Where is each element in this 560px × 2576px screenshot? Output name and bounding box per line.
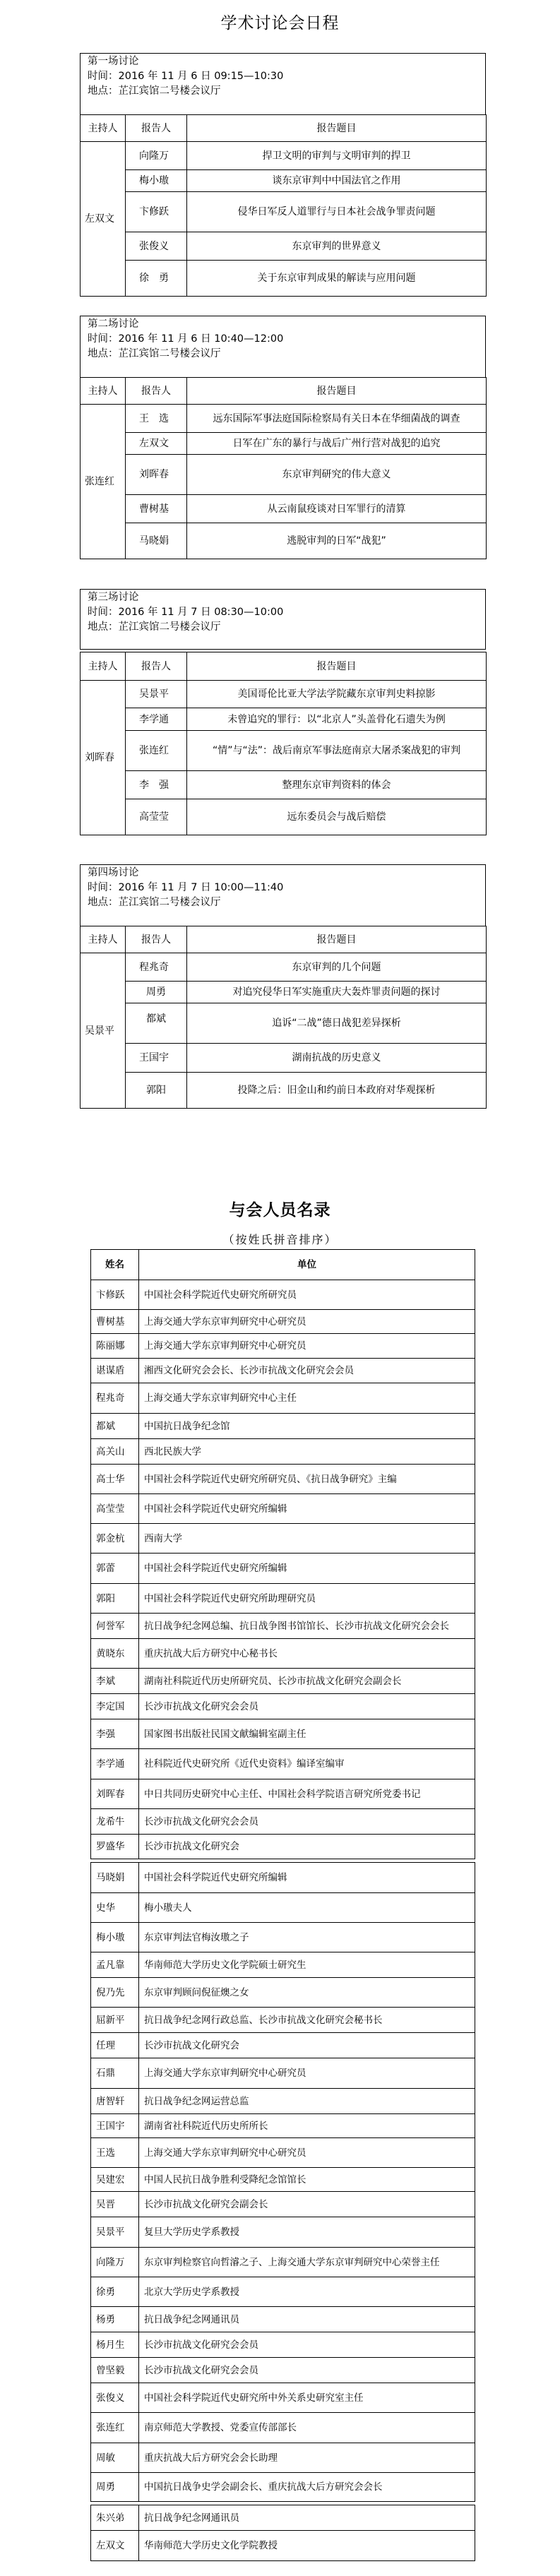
talk-row: 吴景平 程兆奇 东京审判的几个问题 — [81, 953, 487, 982]
header-host: 主持人 — [81, 115, 126, 142]
attendee-name: 唐智轩 — [91, 2089, 139, 2114]
header-row: 主持人 报告人 报告题目 — [81, 378, 487, 405]
attendee-row: 王选上海交通大学东京审判研究中心研究员 — [91, 2138, 475, 2168]
session-table: 主持人 报告人 报告题目 左双文 向隆万 捍卫文明的审判与文明审判的捍卫 梅小璈… — [80, 114, 487, 297]
attendee-name: 曾坚毅 — [91, 2358, 139, 2383]
attendee-name: 谌谋盾 — [91, 1359, 139, 1383]
talk-row: 梅小璈 谈东京审判中中国法官之作用 — [81, 170, 487, 192]
talk-topic: 日军在广东的暴行与战后广州行营对战犯的追究 — [187, 433, 487, 455]
attendee-unit: 中日共同历史研究中心主任、中国社会科学院语言研究所党委书记 — [139, 1779, 475, 1809]
attendee-unit: 华南师范大学历史文化学院硕士研究生 — [139, 1952, 475, 1978]
header-topic: 报告题目 — [187, 926, 487, 953]
attendee-unit: 中国社会科学院近代史研究所编辑 — [139, 1863, 475, 1893]
attendee-unit: 东京审判法官梅汝璈之子 — [139, 1923, 475, 1952]
reporter-name: 都斌 — [126, 1003, 187, 1044]
attendee-row: 石鼎上海交通大学东京审判研究中心研究员 — [91, 2058, 475, 2089]
attendee-unit: 社科院近代史研究所《近代史资料》编译室编审 — [139, 1749, 475, 1779]
talk-row: 王国宇 湖南抗战的历史意义 — [81, 1044, 487, 1073]
session-place: 地点：芷江宾馆二号楼会议厅 — [88, 620, 485, 635]
talk-row: 马晓娟 逃脱审判的日军“战犯” — [81, 523, 487, 559]
attendee-name: 黄晓东 — [91, 1639, 139, 1669]
attendee-name: 罗盛华 — [91, 1835, 139, 1859]
reporter-name: 马晓娟 — [126, 523, 187, 559]
talk-topic: 远东委员会与战后赔偿 — [187, 799, 487, 835]
reporter-name: 刘晖春 — [126, 455, 187, 495]
attendee-name: 史华 — [91, 1893, 139, 1923]
attendee-unit: 长沙市抗战文化研究会会员 — [139, 1809, 475, 1835]
attendee-name: 任理 — [91, 2033, 139, 2058]
talk-row: 张俊义 东京审判的世界意义 — [81, 232, 487, 261]
attendee-name: 高莹莹 — [91, 1494, 139, 1524]
session-info: 第四场讨论 时间：2016 年 11 月 7 日 10:00—11:40 地点：… — [80, 864, 486, 926]
attendee-unit: 长沙市抗战文化研究会副会长 — [139, 2192, 475, 2217]
session-time: 时间：2016 年 11 月 6 日 09:15—10:30 — [88, 69, 485, 84]
attendee-name: 程兆奇 — [91, 1383, 139, 1414]
talk-row: 左双文 日军在广东的暴行与战后广州行营对战犯的追究 — [81, 433, 487, 455]
session-info: 第二场讨论 时间：2016 年 11 月 6 日 10:40—12:00 地点：… — [80, 316, 486, 378]
attendee-unit: 中国抗日战争史学会副会长、重庆抗战大后方研究会会长 — [139, 2473, 475, 2502]
attendee-table: 姓名 单位 卞修跃中国社会科学院近代史研究所研究员曹树基上海交通大学东京审判研究… — [90, 1249, 475, 1859]
reporter-name: 吴景平 — [126, 681, 187, 708]
attendee-unit: 抗日战争纪念网通讯员 — [139, 2307, 475, 2332]
reporter-name: 左双文 — [126, 433, 187, 455]
talk-row: 左双文 向隆万 捍卫文明的审判与文明审判的捍卫 — [81, 142, 487, 170]
attendee-row: 卞修跃中国社会科学院近代史研究所研究员 — [91, 1280, 475, 1310]
attendee-row: 王国宇湖南省社科院近代历史所所长 — [91, 2114, 475, 2138]
attendee-name: 周勇 — [91, 2473, 139, 2502]
talk-topic: “情”与“法”：战后南京军事法庭南京大屠杀案战犯的审判 — [187, 731, 487, 771]
attendee-unit: 抗日战争纪念网运营总监 — [139, 2089, 475, 2114]
attendee-unit: 国家图书出版社民国文献编辑室副主任 — [139, 1719, 475, 1749]
talk-row: 卞修跃 侵华日军反人道罪行与日本社会战争罪责问题 — [81, 192, 487, 232]
attendee-name: 李定国 — [91, 1694, 139, 1719]
header-name: 姓名 — [91, 1250, 139, 1280]
attendee-row: 高莹莹中国社会科学院近代史研究所编辑 — [91, 1494, 475, 1524]
attendee-row: 李强国家图书出版社民国文献编辑室副主任 — [91, 1719, 475, 1749]
attendee-name: 刘晖春 — [91, 1779, 139, 1809]
attendee-row: 孟凡靠华南师范大学历史文化学院硕士研究生 — [91, 1952, 475, 1978]
attendee-name: 王国宇 — [91, 2114, 139, 2138]
header-host: 主持人 — [81, 378, 126, 405]
session-info: 第一场讨论 时间：2016 年 11 月 6 日 09:15—10:30 地点：… — [80, 53, 486, 115]
talk-topic: 捍卫文明的审判与文明审判的捍卫 — [187, 142, 487, 170]
attendee-row: 周勇中国抗日战争史学会副会长、重庆抗战大后方研究会会长 — [91, 2473, 475, 2502]
reporter-name: 王国宇 — [126, 1044, 187, 1073]
attendee-unit: 中国社会科学院近代史研究所中外关系史研究室主任 — [139, 2383, 475, 2413]
attendee-name: 卞修跃 — [91, 1280, 139, 1310]
attendee-unit: 中国社会科学院近代史研究所研究员、《抗日战争研究》主编 — [139, 1465, 475, 1494]
attendee-row: 何誉军抗日战争纪念网总编、抗日战争图书馆馆长、长沙市抗战文化研究会会长 — [91, 1614, 475, 1639]
attendee-unit: 中国社会科学院近代史研究所编辑 — [139, 1494, 475, 1524]
attendee-name: 郭阳 — [91, 1584, 139, 1614]
attendee-row: 梅小璈东京审判法官梅汝璈之子 — [91, 1923, 475, 1952]
reporter-name: 曹树基 — [126, 495, 187, 523]
attendee-row: 徐勇北京大学历史学系教授 — [91, 2277, 475, 2307]
session-table: 主持人 报告人 报告题目 刘晖春 吴景平 美国哥伦比亚大学法学院藏东京审判史料掠… — [80, 652, 487, 835]
talk-row: 张连红 王 选 远东国际军事法庭国际检察局有关日本在华细菌战的调查 — [81, 405, 487, 433]
header-row: 主持人 报告人 报告题目 — [81, 652, 487, 681]
talk-row: 刘晖春 吴景平 美国哥伦比亚大学法学院藏东京审判史料掠影 — [81, 681, 487, 708]
talk-row: 高莹莹 远东委员会与战后赔偿 — [81, 799, 487, 835]
talk-topic: 整理东京审判资料的体会 — [187, 771, 487, 799]
attendee-unit: 南京师范大学教授、党委宣传部部长 — [139, 2413, 475, 2443]
header-topic: 报告题目 — [187, 652, 487, 681]
attendee-unit: 华南师范大学历史文化学院教授 — [139, 2531, 475, 2561]
header-reporter: 报告人 — [126, 652, 187, 681]
attendee-row: 高士华中国社会科学院近代史研究所研究员、《抗日战争研究》主编 — [91, 1465, 475, 1494]
attendee-name: 徐勇 — [91, 2277, 139, 2307]
talk-topic: 远东国际军事法庭国际检察局有关日本在华细菌战的调查 — [187, 405, 487, 433]
attendee-unit: 抗日战争纪念网通讯员 — [139, 2505, 475, 2531]
attendee-name: 高士华 — [91, 1465, 139, 1494]
attendee-row: 朱兴弟抗日战争纪念网通讯员 — [91, 2505, 475, 2531]
attendee-header-row: 姓名 单位 — [91, 1250, 475, 1280]
talk-topic: 未曾追究的罪行：以“北京人”头盖骨化石遗失为例 — [187, 708, 487, 731]
reporter-name: 张连红 — [126, 731, 187, 771]
reporter-name: 高莹莹 — [126, 799, 187, 835]
reporter-name: 周勇 — [126, 982, 187, 1003]
talk-row: 李 强 整理东京审判资料的体会 — [81, 771, 487, 799]
attendee-unit: 西南大学 — [139, 1524, 475, 1554]
talk-topic: 谈东京审判中中国法官之作用 — [187, 170, 487, 192]
talk-row: 郭阳 投降之后：旧金山和约前日本政府对华观探析 — [81, 1073, 487, 1109]
reporter-name: 卞修跃 — [126, 192, 187, 232]
attendee-row: 史华梅小璈夫人 — [91, 1893, 475, 1923]
attendee-row: 黄晓东重庆抗战大后方研究中心秘书长 — [91, 1639, 475, 1669]
session-time: 时间：2016 年 11 月 6 日 10:40—12:00 — [88, 332, 485, 347]
session-info: 第三场讨论 时间：2016 年 11 月 7 日 08:30—10:00 地点：… — [80, 589, 486, 650]
attendee-unit: 抗日战争纪念网行政总监、长沙市抗战文化研究会秘书长 — [139, 2008, 475, 2033]
attendee-name: 高关山 — [91, 1439, 139, 1465]
attendee-unit: 长沙市抗战文化研究会 — [139, 1835, 475, 1859]
reporter-name: 徐 勇 — [126, 261, 187, 297]
attendee-name: 吴景平 — [91, 2217, 139, 2248]
talk-topic: 东京审判的世界意义 — [187, 232, 487, 261]
attendee-table-continued: 朱兴弟抗日战争纪念网通讯员左双文华南师范大学历史文化学院教授 — [90, 2505, 475, 2561]
reporter-name: 向隆万 — [126, 142, 187, 170]
attendee-name: 张俊义 — [91, 2383, 139, 2413]
attendee-row: 任理长沙市抗战文化研究会 — [91, 2033, 475, 2058]
attendee-unit: 中国抗日战争纪念馆 — [139, 1414, 475, 1439]
attendee-row: 李学通社科院近代史研究所《近代史资料》编译室编审 — [91, 1749, 475, 1779]
session-name: 第三场讨论 — [88, 590, 485, 605]
attendee-unit: 抗日战争纪念网总编、抗日战争图书馆馆长、长沙市抗战文化研究会会长 — [139, 1614, 475, 1639]
attendee-row: 吴景平复旦大学历史学系教授 — [91, 2217, 475, 2248]
host-name: 吴景平 — [81, 953, 126, 1109]
attendee-name: 周敏 — [91, 2443, 139, 2473]
session-place: 地点：芷江宾馆二号楼会议厅 — [88, 347, 485, 362]
reporter-name: 梅小璈 — [126, 170, 187, 192]
attendee-row: 吴晋长沙市抗战文化研究会副会长 — [91, 2192, 475, 2217]
attendee-row: 张俊义中国社会科学院近代史研究所中外关系史研究室主任 — [91, 2383, 475, 2413]
host-name: 张连红 — [81, 405, 126, 559]
attendee-name: 屈新平 — [91, 2008, 139, 2033]
talk-row: 张连红 “情”与“法”：战后南京军事法庭南京大屠杀案战犯的审判 — [81, 731, 487, 771]
talk-topic: 侵华日军反人道罪行与日本社会战争罪责问题 — [187, 192, 487, 232]
attendee-unit: 湘西文化研究会会长、长沙市抗战文化研究会会员 — [139, 1359, 475, 1383]
header-topic: 报告题目 — [187, 378, 487, 405]
attendee-name: 吴建宏 — [91, 2168, 139, 2192]
attendee-row: 屈新平抗日战争纪念网行政总监、长沙市抗战文化研究会秘书长 — [91, 2008, 475, 2033]
header-row: 主持人 报告人 报告题目 — [81, 926, 487, 953]
attendee-row: 龙希牛长沙市抗战文化研究会会员 — [91, 1809, 475, 1835]
attendee-unit: 中国人民抗日战争胜利受降纪念馆馆长 — [139, 2168, 475, 2192]
attendee-unit: 复旦大学历史学系教授 — [139, 2217, 475, 2248]
attendee-unit: 东京审判检察官向哲濬之子、上海交通大学东京审判研究中心荣誉主任 — [139, 2248, 475, 2277]
attendee-row: 刘晖春中日共同历史研究中心主任、中国社会科学院语言研究所党委书记 — [91, 1779, 475, 1809]
attendee-name: 李强 — [91, 1719, 139, 1749]
attendee-row: 向隆万东京审判检察官向哲濬之子、上海交通大学东京审判研究中心荣誉主任 — [91, 2248, 475, 2277]
talk-topic: 美国哥伦比亚大学法学院藏东京审判史料掠影 — [187, 681, 487, 708]
attendee-name: 倪乃先 — [91, 1978, 139, 2008]
attendee-name: 龙希牛 — [91, 1809, 139, 1835]
attendee-row: 程兆奇上海交通大学东京审判研究中心主任 — [91, 1383, 475, 1414]
talk-topic: 逃脱审判的日军“战犯” — [187, 523, 487, 559]
attendee-unit: 湖南社科院近代历史所研究员、长沙市抗战文化研究会副会长 — [139, 1669, 475, 1694]
attendee-row: 谌谋盾湘西文化研究会会长、长沙市抗战文化研究会会员 — [91, 1359, 475, 1383]
reporter-name: 张俊义 — [126, 232, 187, 261]
attendee-row: 陈丽娜上海交通大学东京审判研究中心研究员 — [91, 1334, 475, 1359]
page-title: 学术讨论会日程 — [0, 13, 560, 33]
attendee-unit: 上海交通大学东京审判研究中心研究员 — [139, 1334, 475, 1359]
session-time: 时间：2016 年 11 月 7 日 08:30—10:00 — [88, 605, 485, 620]
talk-topic: 追诉“二战”德日战犯差异探析 — [187, 1003, 487, 1044]
attendee-unit: 长沙市抗战文化研究会会员 — [139, 2358, 475, 2383]
session-name: 第二场讨论 — [88, 317, 485, 332]
attendee-unit: 西北民族大学 — [139, 1439, 475, 1465]
attendee-unit: 上海交通大学东京审判研究中心研究员 — [139, 2058, 475, 2089]
attendee-unit: 上海交通大学东京审判研究中心研究员 — [139, 1310, 475, 1334]
attendee-name: 朱兴弟 — [91, 2505, 139, 2531]
attendee-list-subtitle: （按姓氏拼音排序） — [0, 1232, 560, 1248]
attendee-name: 郭金杭 — [91, 1524, 139, 1554]
attendee-table-continued: 马晓娟中国社会科学院近代史研究所编辑史华梅小璈夫人梅小璈东京审判法官梅汝璈之子孟… — [90, 1862, 475, 2502]
header-reporter: 报告人 — [126, 926, 187, 953]
attendee-unit: 东京审判顾问倪征燠之女 — [139, 1978, 475, 2008]
attendee-row: 都斌中国抗日战争纪念馆 — [91, 1414, 475, 1439]
attendee-row: 罗盛华长沙市抗战文化研究会 — [91, 1835, 475, 1859]
attendee-unit: 上海交通大学东京审判研究中心主任 — [139, 1383, 475, 1414]
attendee-unit: 中国社会科学院近代史研究所助理研究员 — [139, 1584, 475, 1614]
talk-row: 周勇 对追究侵华日军实施重庆大轰炸罪责问题的探讨 — [81, 982, 487, 1003]
attendee-unit: 北京大学历史学系教授 — [139, 2277, 475, 2307]
attendee-row: 杨月生长沙市抗战文化研究会会员 — [91, 2332, 475, 2358]
session-place: 地点：芷江宾馆二号楼会议厅 — [88, 84, 485, 99]
attendee-name: 吴晋 — [91, 2192, 139, 2217]
attendee-name: 左双文 — [91, 2531, 139, 2561]
attendee-name: 杨月生 — [91, 2332, 139, 2358]
attendee-row: 郭阳中国社会科学院近代史研究所助理研究员 — [91, 1584, 475, 1614]
attendee-unit: 长沙市抗战文化研究会会员 — [139, 1694, 475, 1719]
attendee-name: 杨勇 — [91, 2307, 139, 2332]
attendee-unit: 上海交通大学东京审判研究中心研究员 — [139, 2138, 475, 2168]
attendee-unit: 长沙市抗战文化研究会会员 — [139, 2332, 475, 2358]
attendee-row: 郭金杭西南大学 — [91, 1524, 475, 1554]
talk-row: 都斌 追诉“二战”德日战犯差异探析 — [81, 1003, 487, 1044]
header-unit: 单位 — [139, 1250, 475, 1280]
session-name: 第四场讨论 — [88, 866, 485, 881]
attendee-unit: 长沙市抗战文化研究会 — [139, 2033, 475, 2058]
attendee-row: 倪乃先东京审判顾问倪征燠之女 — [91, 1978, 475, 2008]
talk-topic: 东京审判的几个问题 — [187, 953, 487, 982]
talk-topic: 东京审判研究的伟大意义 — [187, 455, 487, 495]
talk-topic: 关于东京审判成果的解读与应用问题 — [187, 261, 487, 297]
attendee-list-title: 与会人员名录 — [0, 1200, 560, 1220]
talk-topic: 从云南鼠疫谈对日军罪行的清算 — [187, 495, 487, 523]
attendee-name: 曹树基 — [91, 1310, 139, 1334]
attendee-name: 都斌 — [91, 1414, 139, 1439]
attendee-row: 曾坚毅长沙市抗战文化研究会会员 — [91, 2358, 475, 2383]
header-topic: 报告题目 — [187, 115, 487, 142]
attendee-name: 梅小璈 — [91, 1923, 139, 1952]
talk-topic: 对追究侵华日军实施重庆大轰炸罪责问题的探讨 — [187, 982, 487, 1003]
reporter-name: 程兆奇 — [126, 953, 187, 982]
attendee-row: 曹树基上海交通大学东京审判研究中心研究员 — [91, 1310, 475, 1334]
attendee-row: 杨勇抗日战争纪念网通讯员 — [91, 2307, 475, 2332]
talk-topic: 投降之后：旧金山和约前日本政府对华观探析 — [187, 1073, 487, 1109]
session-table: 主持人 报告人 报告题目 张连红 王 选 远东国际军事法庭国际检察局有关日本在华… — [80, 377, 487, 559]
header-reporter: 报告人 — [126, 378, 187, 405]
attendee-unit: 湖南省社科院近代历史所所长 — [139, 2114, 475, 2138]
talk-row: 李学通 未曾追究的罪行：以“北京人”头盖骨化石遗失为例 — [81, 708, 487, 731]
talk-row: 刘晖春 东京审判研究的伟大意义 — [81, 455, 487, 495]
attendee-row: 高关山西北民族大学 — [91, 1439, 475, 1465]
header-reporter: 报告人 — [126, 115, 187, 142]
attendee-row: 李斌湖南社科院近代历史所研究员、长沙市抗战文化研究会副会长 — [91, 1669, 475, 1694]
attendee-name: 陈丽娜 — [91, 1334, 139, 1359]
attendee-name: 石鼎 — [91, 2058, 139, 2089]
header-host: 主持人 — [81, 926, 126, 953]
reporter-name: 李 强 — [126, 771, 187, 799]
session-table: 主持人 报告人 报告题目 吴景平 程兆奇 东京审判的几个问题 周勇 对追究侵华日… — [80, 926, 487, 1109]
reporter-name: 王 选 — [126, 405, 187, 433]
attendee-row: 张连红南京师范大学教授、党委宣传部部长 — [91, 2413, 475, 2443]
attendee-unit: 中国社会科学院近代史研究所编辑 — [139, 1554, 475, 1584]
header-host: 主持人 — [81, 652, 126, 681]
attendee-row: 郭蕾中国社会科学院近代史研究所编辑 — [91, 1554, 475, 1584]
attendee-unit: 中国社会科学院近代史研究所研究员 — [139, 1280, 475, 1310]
session-name: 第一场讨论 — [88, 54, 485, 69]
attendee-row: 唐智轩抗日战争纪念网运营总监 — [91, 2089, 475, 2114]
attendee-row: 周敏重庆抗战大后方研究会会长助理 — [91, 2443, 475, 2473]
attendee-name: 李斌 — [91, 1669, 139, 1694]
reporter-name: 郭阳 — [126, 1073, 187, 1109]
session-time: 时间：2016 年 11 月 7 日 10:00—11:40 — [88, 881, 485, 895]
attendee-name: 向隆万 — [91, 2248, 139, 2277]
attendee-row: 李定国长沙市抗战文化研究会会员 — [91, 1694, 475, 1719]
attendee-unit: 梅小璈夫人 — [139, 1893, 475, 1923]
attendee-name: 郭蕾 — [91, 1554, 139, 1584]
attendee-name: 马晓娟 — [91, 1863, 139, 1893]
attendee-name: 王选 — [91, 2138, 139, 2168]
attendee-row: 马晓娟中国社会科学院近代史研究所编辑 — [91, 1863, 475, 1893]
host-name: 左双文 — [81, 142, 126, 297]
attendee-name: 何誉军 — [91, 1614, 139, 1639]
attendee-row: 吴建宏中国人民抗日战争胜利受降纪念馆馆长 — [91, 2168, 475, 2192]
talk-row: 曹树基 从云南鼠疫谈对日军罪行的清算 — [81, 495, 487, 523]
talk-row: 徐 勇 关于东京审判成果的解读与应用问题 — [81, 261, 487, 297]
attendee-name: 孟凡靠 — [91, 1952, 139, 1978]
session-place: 地点：芷江宾馆二号楼会议厅 — [88, 895, 485, 910]
attendee-name: 张连红 — [91, 2413, 139, 2443]
attendee-unit: 重庆抗战大后方研究会会长助理 — [139, 2443, 475, 2473]
attendee-row: 左双文华南师范大学历史文化学院教授 — [91, 2531, 475, 2561]
attendee-unit: 重庆抗战大后方研究中心秘书长 — [139, 1639, 475, 1669]
host-name: 刘晖春 — [81, 681, 126, 835]
attendee-name: 李学通 — [91, 1749, 139, 1779]
reporter-name: 李学通 — [126, 708, 187, 731]
talk-topic: 湖南抗战的历史意义 — [187, 1044, 487, 1073]
header-row: 主持人 报告人 报告题目 — [81, 115, 487, 142]
